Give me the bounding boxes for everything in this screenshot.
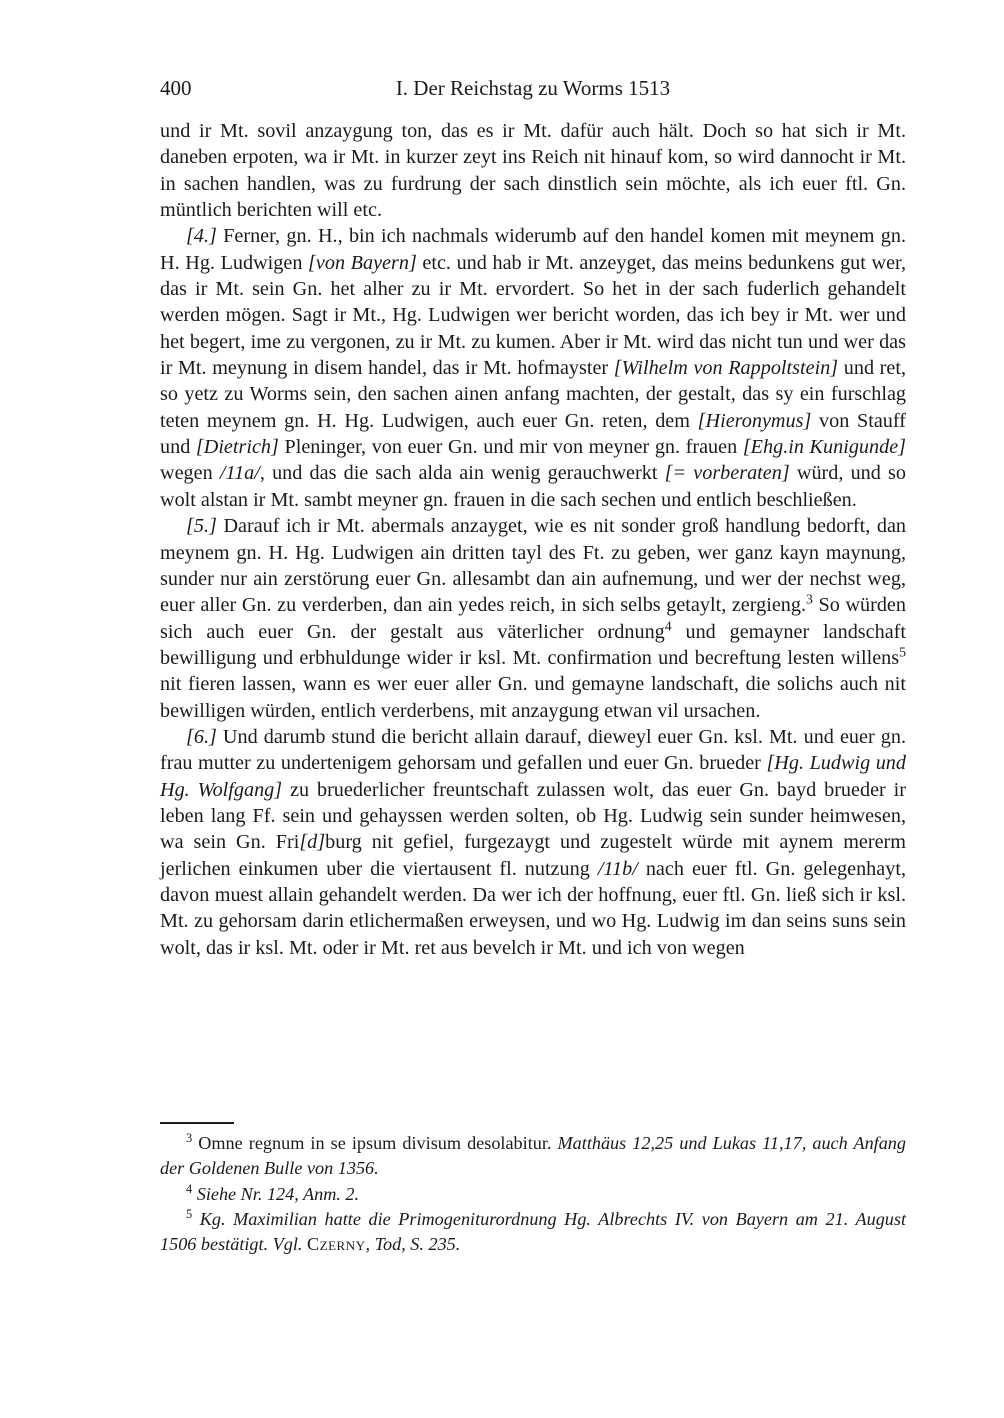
italic-run: [Ehg.in Kunigunde] xyxy=(743,436,906,458)
footnote-ref: 3 xyxy=(806,591,813,606)
italic-run: /11b/ xyxy=(598,858,638,880)
footnote-ref: 4 xyxy=(665,618,672,633)
paragraph: [4.] Ferner, gn. H., bin ich nachmals wi… xyxy=(160,223,906,513)
footnote: 5 Kg. Maximilian hatte die Primogenituro… xyxy=(160,1207,906,1258)
main-text-column: und ir Mt. sovil anzaygung ton, das es i… xyxy=(160,118,906,961)
book-page: 400 I. Der Reichstag zu Worms 1513 und i… xyxy=(0,0,1004,1418)
footnote-separator xyxy=(160,1122,234,1124)
text-run: nit fieren lassen, wann es wer euer alle… xyxy=(160,673,906,721)
italic-run: [4.] xyxy=(186,225,217,247)
text-run: Pleninger, von euer Gn. und mir von meyn… xyxy=(279,436,743,458)
italic-run: [d] xyxy=(299,831,325,853)
footnote-marker: 5 xyxy=(186,1207,192,1221)
smallcaps-run: Czerny xyxy=(307,1234,365,1254)
italic-run: , Tod, S. 235. xyxy=(365,1234,460,1254)
italic-run: /11a/ xyxy=(220,462,260,484)
italic-run: Kg. Maximilian hatte die Primogeniturord… xyxy=(160,1209,906,1254)
text-run: Omne regnum in se ipsum divisum desolabi… xyxy=(198,1133,557,1153)
page-header: 400 I. Der Reichstag zu Worms 1513 xyxy=(160,76,906,104)
footnotes-section: 3 Omne regnum in se ipsum divisum desola… xyxy=(160,1131,906,1257)
footnote-marker: 4 xyxy=(186,1182,192,1196)
italic-run: [= vorberaten] xyxy=(665,462,790,484)
italic-run: [Hieronymus] xyxy=(698,410,812,432)
footnote-ref: 5 xyxy=(899,644,906,659)
paragraph: [5.] Darauf ich ir Mt. abermals anzayget… xyxy=(160,513,906,724)
text-run: Darauf ich ir Mt. abermals anzayget, wie… xyxy=(160,515,906,616)
running-title: I. Der Reichstag zu Worms 1513 xyxy=(396,76,670,101)
italic-run: [5.] xyxy=(186,515,217,537)
paragraph: und ir Mt. sovil anzaygung ton, das es i… xyxy=(160,118,906,223)
paragraph: [6.] Und darumb stund die bericht allain… xyxy=(160,724,906,961)
footnote-marker: 3 xyxy=(186,1131,192,1145)
text-run: wegen xyxy=(160,462,220,484)
italic-run: Siehe Nr. 124, Anm. 2. xyxy=(197,1184,359,1204)
italic-run: [6.] xyxy=(186,726,217,748)
page-number: 400 xyxy=(160,76,192,101)
text-run: , und das die sach alda ain wenig gerauc… xyxy=(260,462,665,484)
footnote: 4 Siehe Nr. 124, Anm. 2. xyxy=(160,1182,906,1207)
italic-run: [Wilhelm von Rappoltstein] xyxy=(614,357,838,379)
italic-run: [Dietrich] xyxy=(196,436,279,458)
footnote: 3 Omne regnum in se ipsum divisum desola… xyxy=(160,1131,906,1182)
text-run: und ir Mt. sovil anzaygung ton, das es i… xyxy=(160,120,906,221)
italic-run: [von Bayern] xyxy=(308,252,417,274)
